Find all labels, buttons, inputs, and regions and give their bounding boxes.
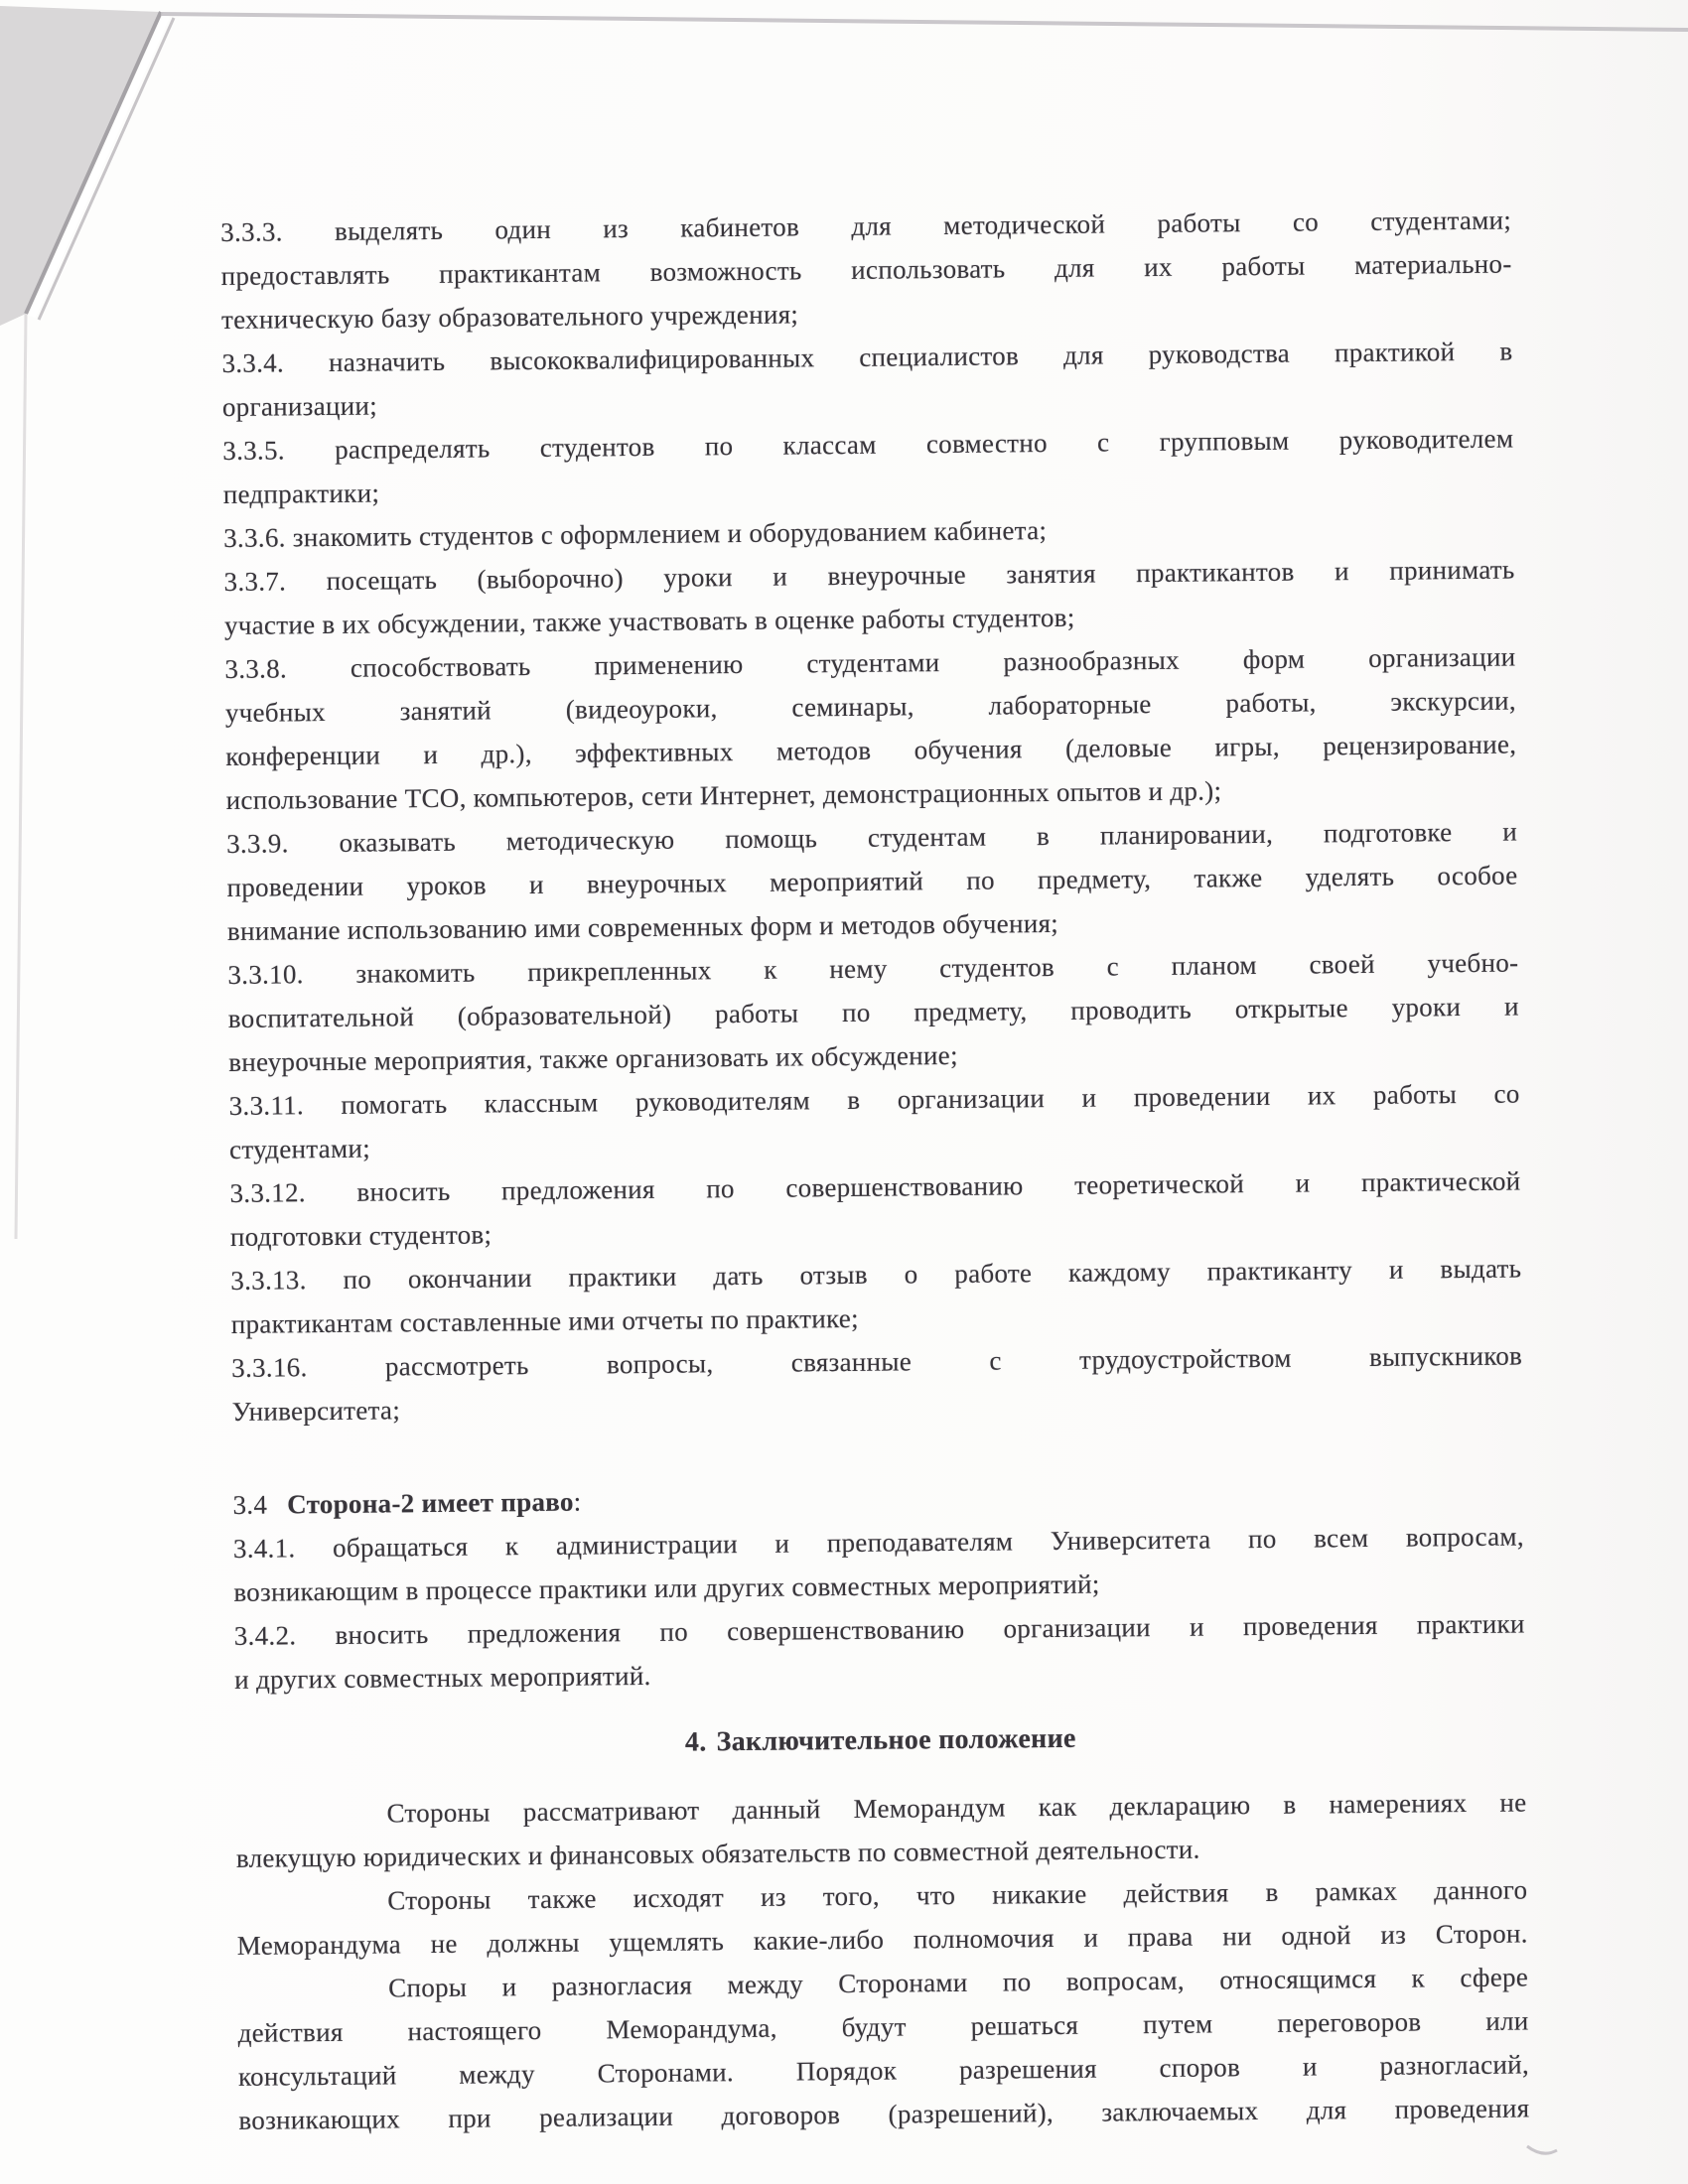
clause-3-3-4: 3.3.4. назначить высококвалифицированных… <box>221 330 1513 429</box>
final-paragraph-2: Стороны также исходят из того, что никак… <box>236 1867 1528 1967</box>
clause-3-4-1: 3.4.1. обращаться к администрации и преп… <box>233 1514 1525 1613</box>
page-top-edge-line <box>161 14 1688 30</box>
subsection-title: Сторона-2 имеет право <box>287 1487 574 1520</box>
clause-3-3-8: 3.3.8. способствовать применению студент… <box>224 635 1517 822</box>
subsection-suffix: : <box>574 1487 582 1517</box>
clause-3-3-12: 3.3.12. вносить предложения по совершенс… <box>229 1159 1521 1258</box>
section-number: 4. <box>685 1726 707 1757</box>
scan-speck <box>1527 2146 1557 2153</box>
clause-3-3-13: 3.3.13. по окончании практики дать отзыв… <box>230 1246 1522 1345</box>
section-title: Заключительное положение <box>716 1723 1075 1757</box>
scanned-document-page: 3.3.3. выделять один из кабинетов для ме… <box>0 0 1688 2184</box>
clause-3-3-16: 3.3.16. рассмотреть вопросы, связанные с… <box>231 1333 1523 1433</box>
clause-3-3-3: 3.3.3. выделять один из кабинетов для ме… <box>220 199 1512 341</box>
final-paragraph-3: Споры и разногласия между Сторонами по в… <box>237 1955 1530 2141</box>
final-paragraph-1: Стороны рассматривают данный Меморандум … <box>235 1780 1527 1879</box>
document-body: 3.3.3. выделять один из кабинетов для ме… <box>220 199 1530 2142</box>
clause-3-3-9: 3.3.9. оказывать методическую помощь сту… <box>226 809 1518 952</box>
page-corner-edge-shadow <box>39 18 174 320</box>
clause-3-3-11: 3.3.11. помогать классным руководителям … <box>228 1071 1520 1170</box>
page-corner-fold-shadow <box>0 6 161 326</box>
page-corner-edge-line <box>26 12 161 314</box>
clause-3-3-5: 3.3.5. распределять студентов по классам… <box>222 417 1514 516</box>
clause-3-3-10: 3.3.10. знакомить прикрепленных к нему с… <box>227 940 1519 1083</box>
subsection-number: 3.4 <box>232 1490 267 1520</box>
page-corner-edge-highlight <box>32 15 167 317</box>
clause-3-4-2: 3.4.2. вносить предложения по совершенст… <box>234 1601 1526 1701</box>
clause-3-3-7: 3.3.7. посещать (выборочно) уроки и внеу… <box>223 548 1515 647</box>
page-left-edge-line <box>16 314 26 1239</box>
section-heading-4: 4.Заключительное положение <box>235 1712 1526 1768</box>
